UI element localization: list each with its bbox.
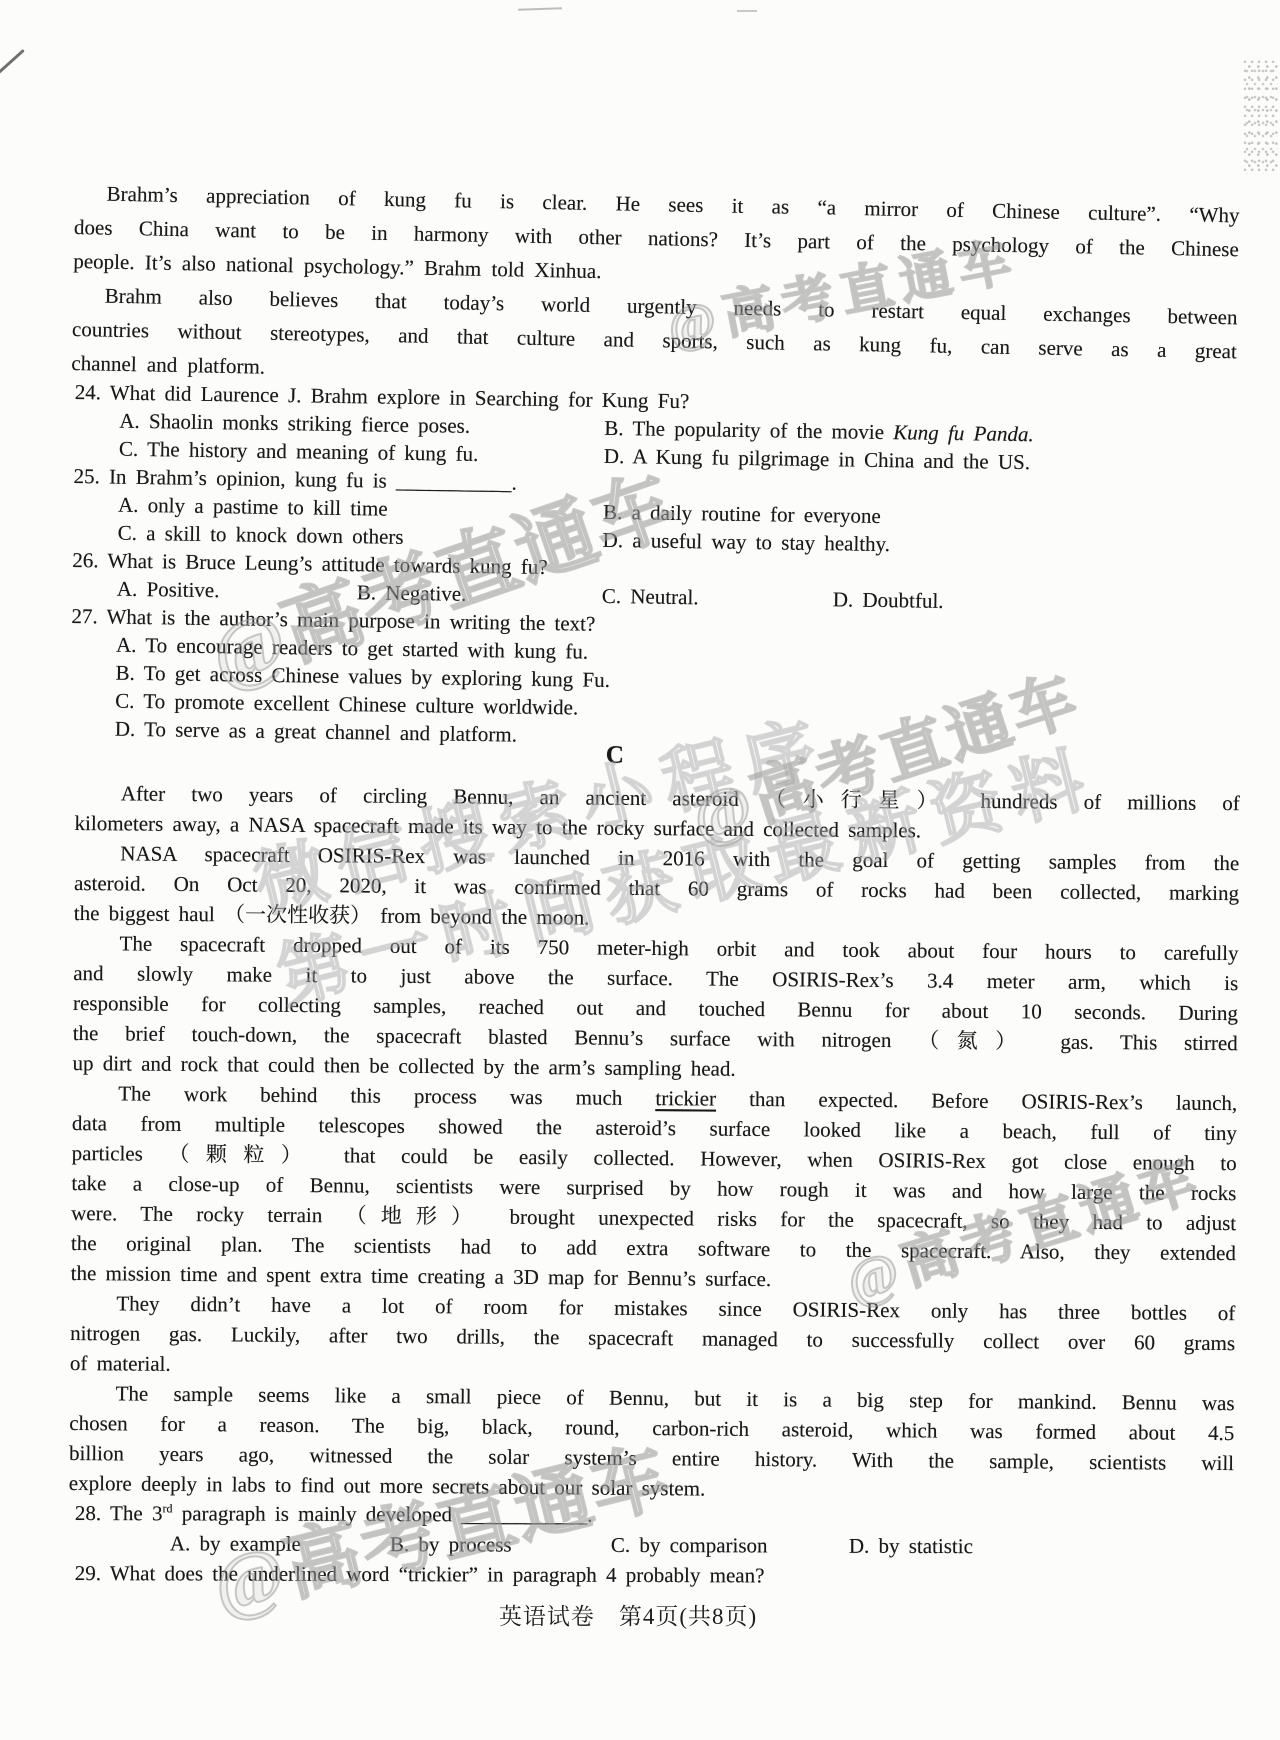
option-28-c: C. by comparison bbox=[611, 1530, 768, 1561]
scan-dash-artifact bbox=[737, 10, 757, 12]
section-c-passage: After two years of circling Bennu, an an… bbox=[69, 778, 1240, 1508]
scan-tick-artifact bbox=[0, 49, 24, 74]
option-25-c: C. a skill to knock down others bbox=[118, 519, 404, 551]
passage-paragraph-1: After two years of circling Bennu, an an… bbox=[74, 778, 1239, 848]
option-26-b: B. Negative. bbox=[357, 578, 467, 608]
option-25-d: D. a useful way to stay healthy. bbox=[602, 526, 890, 558]
option-25-b: B. a daily routine for everyone bbox=[603, 498, 881, 530]
option-26-a: A. Positive. bbox=[117, 575, 220, 605]
question-28-options-row: A. by example B. by process C. by compar… bbox=[75, 1528, 1240, 1562]
exam-page-scan: @高考直通车 @高考直通车 @高考直通车 微信搜索小程序 第一时间获取最新资料 … bbox=[0, 0, 1280, 1740]
page-footer: 英语试卷 第4页(共8页) bbox=[0, 1598, 1268, 1631]
scan-noise-artifact bbox=[1243, 60, 1278, 174]
passage-paragraph-4: The work behind this process was much tr… bbox=[71, 1078, 1238, 1298]
option-28-d: D. by statistic bbox=[849, 1531, 973, 1561]
intro-block: Brahm’s appreciation of kung fu is clear… bbox=[71, 176, 1240, 402]
passage-paragraph-5: They didn’t have a lot of room for mista… bbox=[70, 1288, 1236, 1388]
passage-paragraph-3: The spacecraft dropped out of its 750 me… bbox=[72, 928, 1238, 1088]
questions-28-29-block: 28. The 3rd paragraph is mainly develope… bbox=[75, 1498, 1240, 1592]
option-25-a: A. only a pastime to kill time bbox=[118, 491, 388, 523]
option-26-c: C. Neutral. bbox=[602, 582, 699, 611]
question-28-stem: 28. The 3rd paragraph is mainly develope… bbox=[75, 1498, 1240, 1532]
scan-dash-artifact bbox=[518, 7, 562, 11]
option-28-b: B. by process bbox=[390, 1529, 512, 1559]
option-28-a: A. by example bbox=[170, 1528, 301, 1558]
option-26-d: D. Doubtful. bbox=[833, 585, 944, 615]
passage-paragraph-2: NASA spacecraft OSIRIS-Rex was launched … bbox=[74, 838, 1240, 938]
question-29-stem: 29. What does the underlined word “trick… bbox=[75, 1558, 1240, 1592]
questions-24-27-block: 24. What did Laurence J. Brahm explore i… bbox=[70, 378, 1240, 759]
passage-paragraph-6: The sample seems like a small piece of B… bbox=[69, 1378, 1235, 1508]
